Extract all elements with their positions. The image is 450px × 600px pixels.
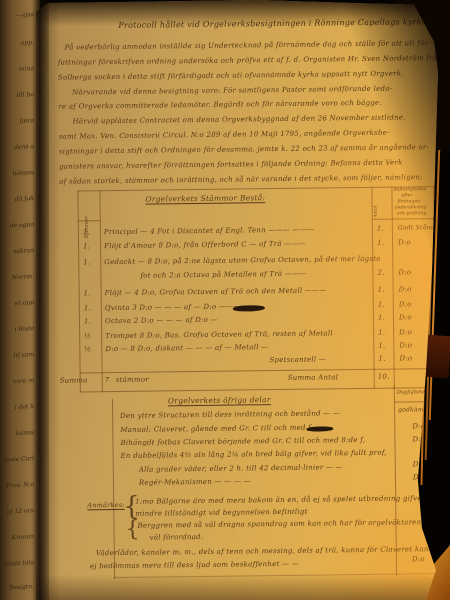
table-rule	[77, 186, 434, 191]
row-number: 1.	[84, 304, 91, 312]
body-line: fattningar föreskrifven ordning undersök…	[58, 54, 442, 67]
stop-description: D:o — 8 D:o, diskant — — — af — Metall —	[105, 343, 268, 353]
row-count: 1.	[378, 314, 385, 322]
column-header-antal: Antal	[373, 190, 378, 218]
row-count: 1.	[378, 355, 385, 363]
margin-fragment: höjda tala	[0, 559, 34, 568]
margin-fragment: i det h	[0, 403, 34, 412]
body-line: Solberga socken i detta stift förfärdiga…	[58, 69, 404, 81]
row-count: 1.	[378, 301, 385, 309]
row-count: 1.	[378, 286, 385, 294]
body-line: På vederbörlig anmodan inställde sig Und…	[65, 39, 431, 51]
section2-line: Alla grader väder, eller 2 h. till 42 de…	[139, 463, 343, 473]
table-rule	[372, 218, 434, 220]
margin-fragment: de egna	[0, 221, 34, 230]
margin-fragment: Gode Carl	[0, 455, 34, 464]
body-line: Närvarande vid denna besigtning voro: Fö…	[72, 85, 392, 97]
margin-fragment: i Riste	[0, 325, 34, 334]
row-status: D:o	[399, 354, 412, 362]
body-line: sigtningar i detta stift och Ordningen f…	[59, 143, 429, 156]
margin-fragment: då Joh	[0, 195, 34, 204]
row-count: 2.	[377, 269, 384, 277]
section2-title: Orgelverkets öfriga delar	[168, 395, 271, 405]
body-line: ganisters ansvar, hvarefter förrättninge…	[59, 158, 403, 170]
summa-unit: stämmor	[116, 376, 149, 384]
row-number: ½	[84, 332, 91, 340]
stop-description: Flöjt d'Amour 8 D:o, från Offerbord C — …	[104, 240, 306, 250]
stop-description: Trompet 8 D:o, Bas. Grofva Octaven af Tr…	[105, 329, 333, 340]
margin-fragment: sakran	[0, 247, 34, 256]
section2-line: Bihängdt fotbas Claveret börjande med Gr…	[120, 436, 365, 447]
stop-description: Flöjt — 4 D:o, Grofva Octaven af Trä och…	[105, 286, 327, 297]
row-number: 1.	[84, 289, 91, 297]
row-number: 1.	[83, 228, 90, 236]
row-count: 1.	[378, 342, 385, 350]
margin-fragment: lif sam	[0, 351, 34, 360]
margin-fragment: hönsns	[0, 169, 34, 178]
margin-fragment: Kronan	[0, 533, 34, 542]
status-column-header: och pröfning	[397, 211, 427, 216]
row-status: D:o	[398, 268, 411, 276]
row-status: D:o	[399, 300, 412, 308]
margin-fragment: till bo	[0, 91, 34, 100]
margin-fragment: færa	[0, 117, 34, 126]
row-count: 1.	[377, 239, 384, 247]
body-line: samt Max. Ven. Consistorii Circul. N:o 2…	[59, 129, 390, 141]
margin-fragment: app:	[0, 39, 34, 48]
row-status: D:o	[399, 328, 412, 336]
status-column-header: efter	[401, 193, 412, 198]
margin-fragment: Norrm.	[0, 273, 34, 282]
manuscript-page: Protocoll hållet vid Orgelverksbesigtnin…	[36, 0, 438, 600]
final-status: D:o	[412, 555, 425, 563]
row-count: 1.	[378, 329, 385, 337]
margin-fragment: et opp	[0, 299, 34, 308]
margin-fragment: Prov. N:o	[0, 481, 34, 490]
margin-fragment: dens a	[0, 143, 34, 152]
summa-count: 7	[105, 376, 110, 384]
stop-description: Principal — 4 Fot i Discantet af Engl. T…	[104, 226, 315, 237]
section2-line: En dubbelfälds 4½ aln lång 2¼ aln bred b…	[121, 449, 387, 460]
binding-gutter	[32, 0, 49, 600]
final-line: ej bedömmas mera till dess ljud som besk…	[90, 560, 299, 571]
row-number: 1.	[84, 317, 91, 325]
stop-description: Spetscantell —	[269, 355, 326, 364]
row-status: D:o	[399, 285, 412, 293]
stop-description: Gedackt — 8 D:o, på 2:ne lägsta utom Gro…	[104, 255, 381, 266]
status-column-header: Befintligheten	[393, 187, 426, 192]
page-content: Protocoll hållet vid Orgelverksbesigtnin…	[33, 0, 442, 600]
final-line: Väderlådor, kanaler m. m., dels af tenn …	[96, 545, 429, 557]
anm-line: Berggren med så väl dragna spanndrag som…	[137, 518, 421, 529]
stop-description: Octava 2 D:o — — — af D:o —	[105, 316, 218, 325]
table-title: Orgelverkets Stämmor Bestå:	[145, 193, 265, 203]
section2-status-header: Dugligheten	[397, 389, 428, 395]
anm-line: mindre tillständigt vid begynnelsen befi…	[135, 508, 307, 518]
row-status: D:o	[399, 341, 412, 349]
row-number: 1.	[83, 258, 90, 266]
body-line: af sådan storlek, stämmor och inrättning…	[59, 173, 423, 185]
row-count: 1.	[377, 225, 384, 233]
section2-status: godkänd	[398, 406, 426, 413]
manuscript-photo: —ejsa app: mina till bo færa dens a höns…	[0, 0, 450, 600]
row-number: 1.	[83, 242, 90, 250]
table-rule	[436, 388, 439, 575]
summa-total: 10.	[378, 373, 390, 381]
margin-fragment: mina	[0, 65, 34, 74]
row-number: ½	[84, 345, 91, 353]
summa-right-label: Summa Antal	[288, 373, 339, 382]
anm-line: 1:mo Bälgarne äro med mera bakom än en, …	[135, 494, 425, 506]
margin-fragment: af 12 ocs	[0, 507, 34, 516]
margin-fragment: vore m	[0, 377, 34, 386]
row-status: D:o	[399, 313, 412, 321]
body-line: Härvid upplästes Contractet om denna Org…	[72, 113, 405, 125]
table-rule	[114, 573, 438, 578]
section2-status: D:o	[413, 460, 426, 468]
stop-description: Qvinta 3 D:o — — — af — D:o ———	[105, 302, 241, 312]
margin-fragment: kanns	[0, 429, 34, 438]
body-line: re af Orgverks committerade ledamöter. B…	[58, 99, 382, 111]
anm-label: Anmärkes:	[87, 501, 125, 509]
section2-line: Regér-Mekanismen — — — —	[139, 477, 251, 486]
stop-description: fot och 2:a Octava på Metallen af Trä ——…	[140, 270, 306, 280]
section2-line: Den yttre Structuren till dess inrättnin…	[120, 409, 340, 420]
margin-fragment: Besigtn.	[0, 583, 34, 592]
row-status: Godt Stånd	[398, 224, 435, 231]
row-status: D:o	[398, 238, 411, 246]
status-column-header: undersökning	[395, 205, 427, 210]
section2-status: D:o	[413, 473, 426, 481]
summa-label: Summa	[60, 376, 88, 384]
page-title: Protocoll hållet vid Orgelverksbesigtnin…	[118, 16, 450, 30]
status-column-header: företagen	[398, 199, 421, 204]
section2-line: Manual: Claveret, gående med Gr. C till …	[120, 424, 313, 434]
margin-fragment: —ejsa	[0, 11, 34, 20]
anm-line: väl förordnad.	[150, 533, 204, 542]
